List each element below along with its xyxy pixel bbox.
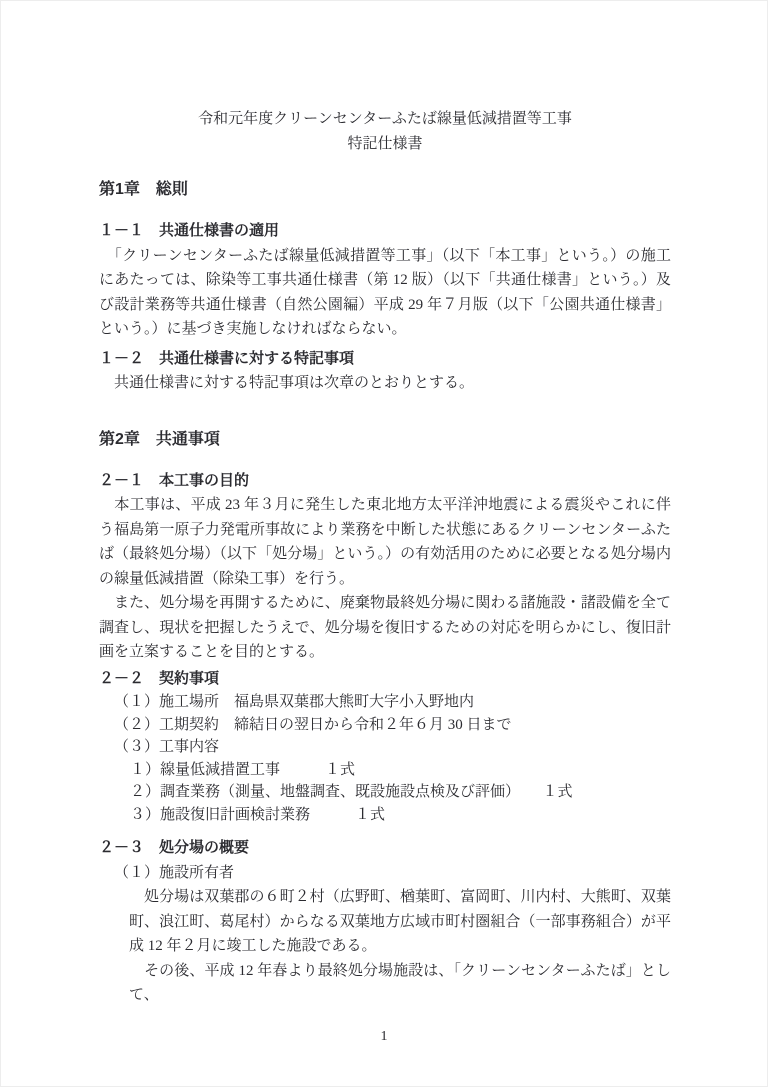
facility-owner-paragraph-1: 処分場は双葉郡の６町２村（広野町、楢葉町、富岡町、川内村、大熊町、双葉町、浪江町… bbox=[99, 885, 671, 959]
page-number: 1 bbox=[1, 1027, 767, 1047]
section-1-2-heading: １－２ 共通仕様書に対する特記事項 bbox=[99, 347, 671, 372]
section-2-1-paragraph-2: また、処分場を再開するために、廃棄物最終処分場に関わる諸施設・諸設備を全て調査し… bbox=[99, 591, 671, 665]
chapter-1-heading: 第1章 総則 bbox=[99, 177, 671, 202]
doc-title-line2: 特記仕様書 bbox=[99, 132, 671, 157]
contract-item-scope: （３）工事内容 bbox=[99, 736, 671, 759]
section-1-2-body: 共通仕様書に対する特記事項は次章のとおりとする。 bbox=[99, 371, 671, 396]
facility-owner-paragraph-2: その後、平成 12 年春より最終処分場施設は、「クリーンセンターふたば」として、 bbox=[99, 959, 671, 1008]
page-content: 令和元年度クリーンセンターふたば線量低減措置等工事 特記仕様書 第1章 総則 １… bbox=[1, 1, 767, 1008]
doc-title-line1: 令和元年度クリーンセンターふたば線量低減措置等工事 bbox=[99, 107, 671, 132]
section-2-2-heading: ２－２ 契約事項 bbox=[99, 667, 671, 692]
section-1-1-heading: １－１ 共通仕様書の適用 bbox=[99, 219, 671, 244]
contract-item-period: （２）工期契約 締結日の翌日から令和２年６月 30 日まで bbox=[99, 714, 671, 737]
doc-title-block: 令和元年度クリーンセンターふたば線量低減措置等工事 特記仕様書 bbox=[99, 107, 671, 157]
document-page: 令和元年度クリーンセンターふたば線量低減措置等工事 特記仕様書 第1章 総則 １… bbox=[0, 0, 768, 1087]
section-2-3-heading: ２－３ 処分場の概要 bbox=[99, 836, 671, 861]
work-subitem-3: ３）施設復旧計画検討業務 １式 bbox=[99, 804, 671, 827]
contract-item-location: （１）施工場所 福島県双葉郡大熊町大字小入野地内 bbox=[99, 691, 671, 714]
work-subitem-2: ２）調査業務（測量、地盤調査、既設施設点検及び評価） １式 bbox=[99, 781, 671, 804]
section-2-1-heading: ２－１ 本工事の目的 bbox=[99, 469, 671, 494]
section-2-1-paragraph-1: 本工事は、平成 23 年３月に発生した東北地方太平洋沖地震による震災やこれに伴う… bbox=[99, 493, 671, 591]
facility-owner-item-heading: （１）施設所有者 bbox=[99, 861, 671, 886]
chapter-2-heading: 第2章 共通事項 bbox=[99, 427, 671, 452]
section-1-1-body: 「クリーンセンターふたば線量低減措置等工事」（以下「本工事」という。）の施工にあ… bbox=[99, 244, 671, 342]
work-subitem-1: １）線量低減措置工事 １式 bbox=[99, 759, 671, 782]
